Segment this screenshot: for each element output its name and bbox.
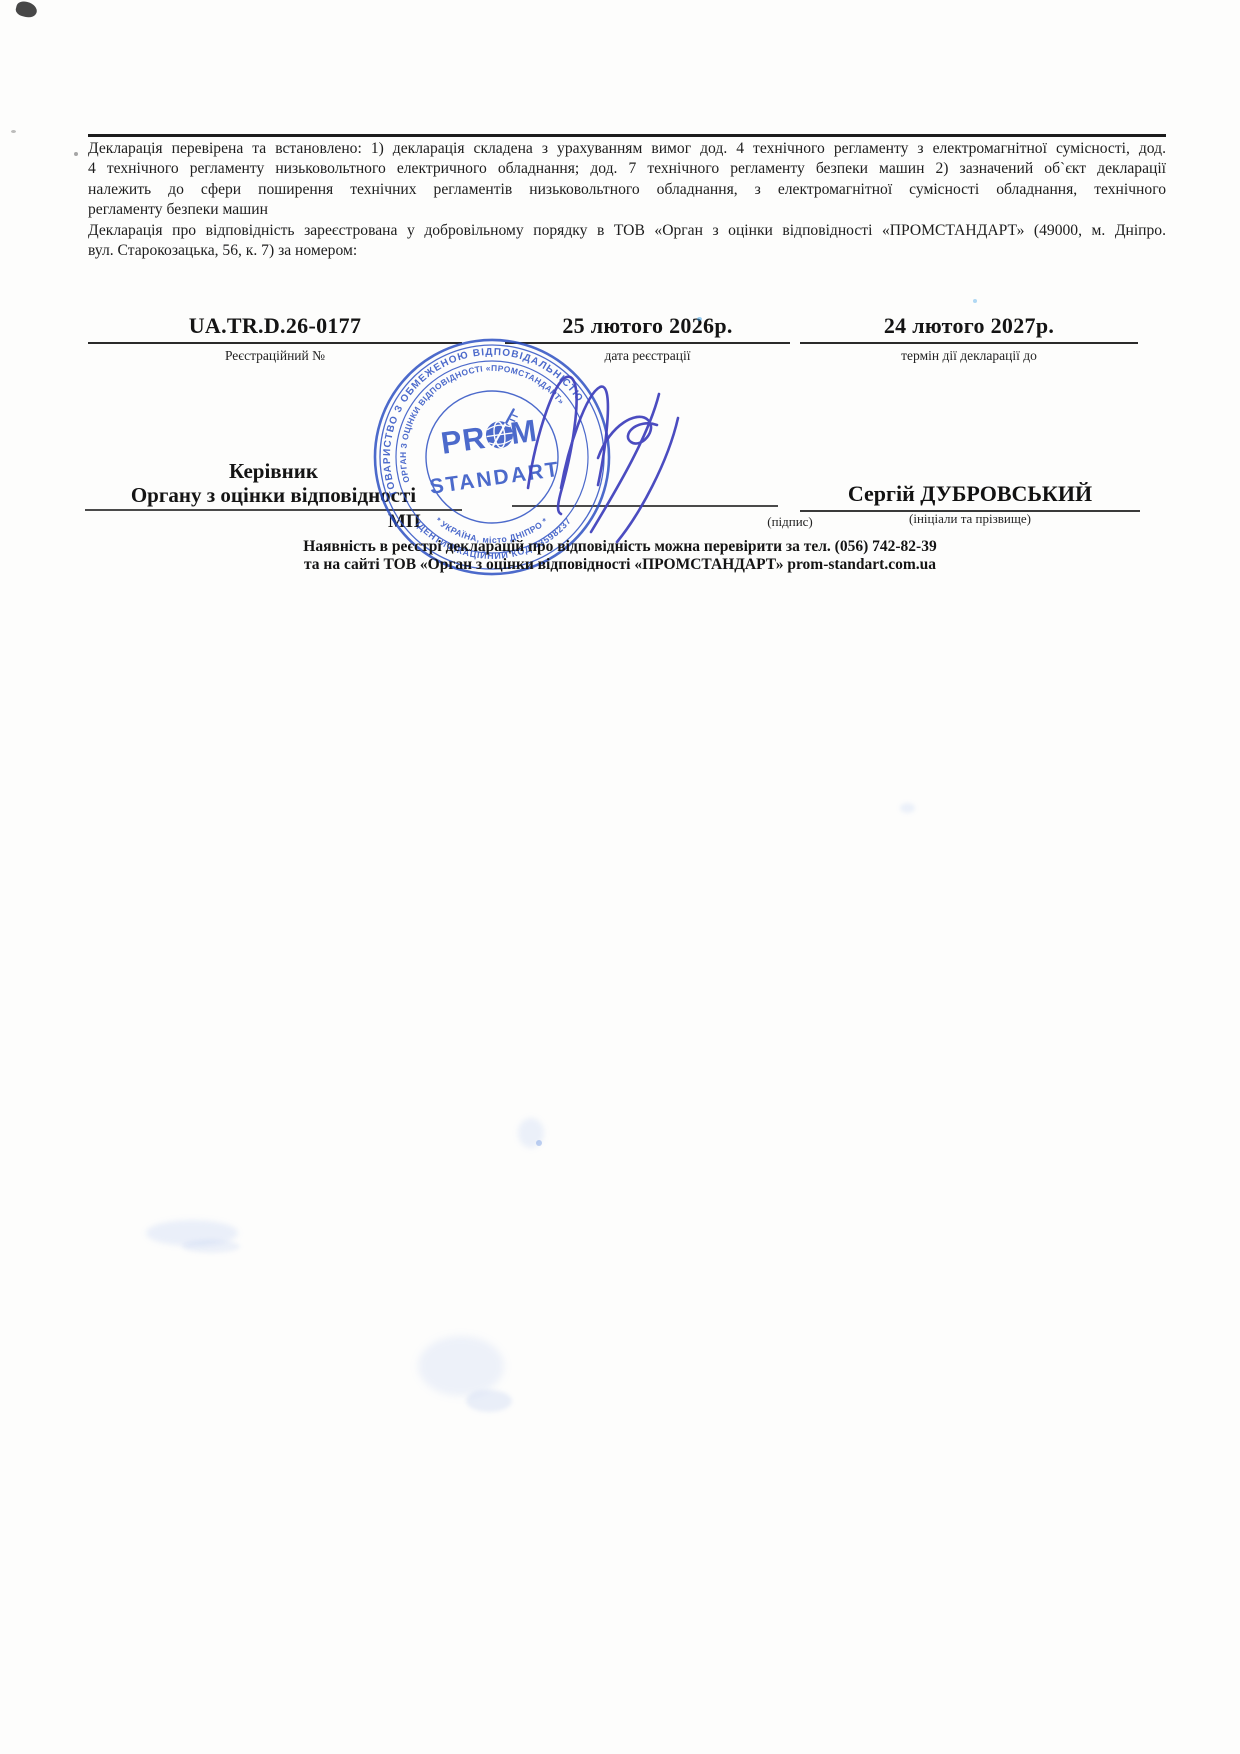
scan-artifact — [900, 803, 915, 813]
footer-note-line2: та на сайті ТОВ «Орган з оцінки відповід… — [80, 556, 1160, 574]
validity-value: 24 лютого 2027р. — [800, 313, 1138, 344]
scan-artifact — [466, 1390, 512, 1412]
document-page: Декларація перевірена та встановлено: 1)… — [0, 0, 1240, 1754]
signature-stroke — [528, 377, 577, 514]
scan-artifact — [418, 1336, 504, 1396]
scan-speck — [536, 1140, 542, 1146]
validity-label: термін дії декларації до — [800, 344, 1138, 364]
separator-rule — [88, 134, 1166, 137]
validity-field: 24 лютого 2027р. термін дії декларації д… — [800, 313, 1138, 364]
body-line: Декларація перевірена та встановлено: 1)… — [88, 139, 1166, 159]
scan-speck — [74, 152, 78, 156]
body-text-block: Декларація перевірена та встановлено: 1)… — [88, 139, 1166, 261]
footer-note-line1: Наявність в реєстрі декларацій про відпо… — [80, 538, 1160, 556]
scan-artifact — [182, 1240, 240, 1253]
signature-stroke — [561, 387, 608, 488]
body-line: 4 технічного регламенту низьковольтного … — [88, 159, 1166, 179]
signatory-name-caption: (ініціали та прізвище) — [800, 511, 1140, 527]
scan-speck — [697, 317, 702, 321]
scan-speck — [11, 130, 16, 133]
signatory-name: Сергій ДУБРОВСЬКИЙ — [800, 481, 1140, 507]
scan-artifact — [146, 1220, 238, 1246]
body-line: вул. Старокозацька, 56, к. 7) за номером… — [88, 241, 1166, 261]
signatory-name-block: Сергій ДУБРОВСЬКИЙ — [800, 481, 1140, 512]
signature-scrawl — [498, 362, 716, 552]
body-line: належить до сфери поширення технічних ре… — [88, 180, 1166, 200]
scan-corner-artifact — [14, 0, 38, 19]
footer-note: Наявність в реєстрі декларацій про відпо… — [80, 538, 1160, 573]
scan-speck — [973, 299, 977, 303]
body-line: Декларація про відповідність зареєстрова… — [88, 221, 1166, 241]
body-line: регламенту безпеки машин — [88, 200, 1166, 220]
